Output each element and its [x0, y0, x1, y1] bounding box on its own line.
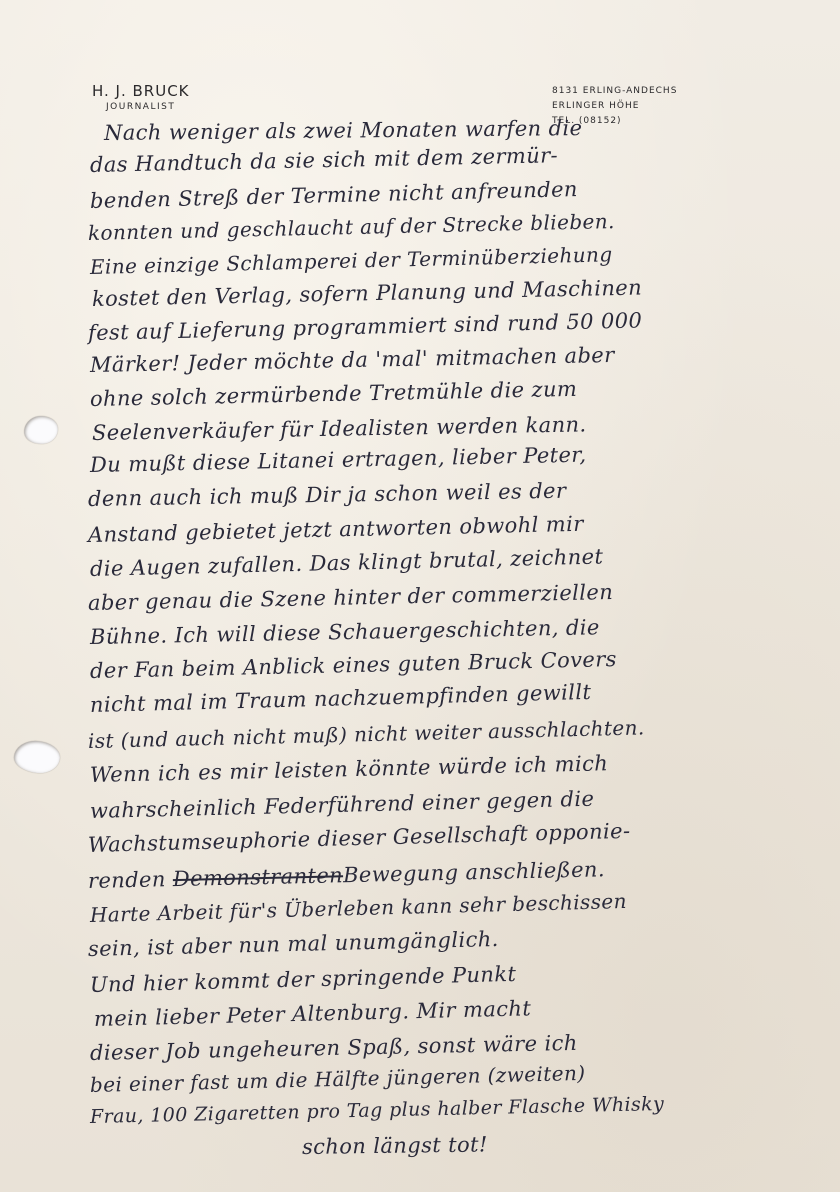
- letterhead-sender: H. J. BRUCK JOURNALIST: [92, 82, 190, 114]
- line-suffix: Bewegung anschließen.: [343, 857, 605, 887]
- line-prefix: renden: [88, 867, 173, 893]
- sender-name: H. J. BRUCK: [92, 82, 190, 100]
- letter-closing-line: schon längst tot!: [302, 1129, 488, 1162]
- address-line-1: 8131 ERLING-ANDECHS: [552, 84, 677, 99]
- struck-through-word: Demonstranten: [173, 863, 344, 891]
- address-line-2: ERLINGER HÖHE: [552, 99, 677, 114]
- sender-title: JOURNALIST: [106, 100, 190, 114]
